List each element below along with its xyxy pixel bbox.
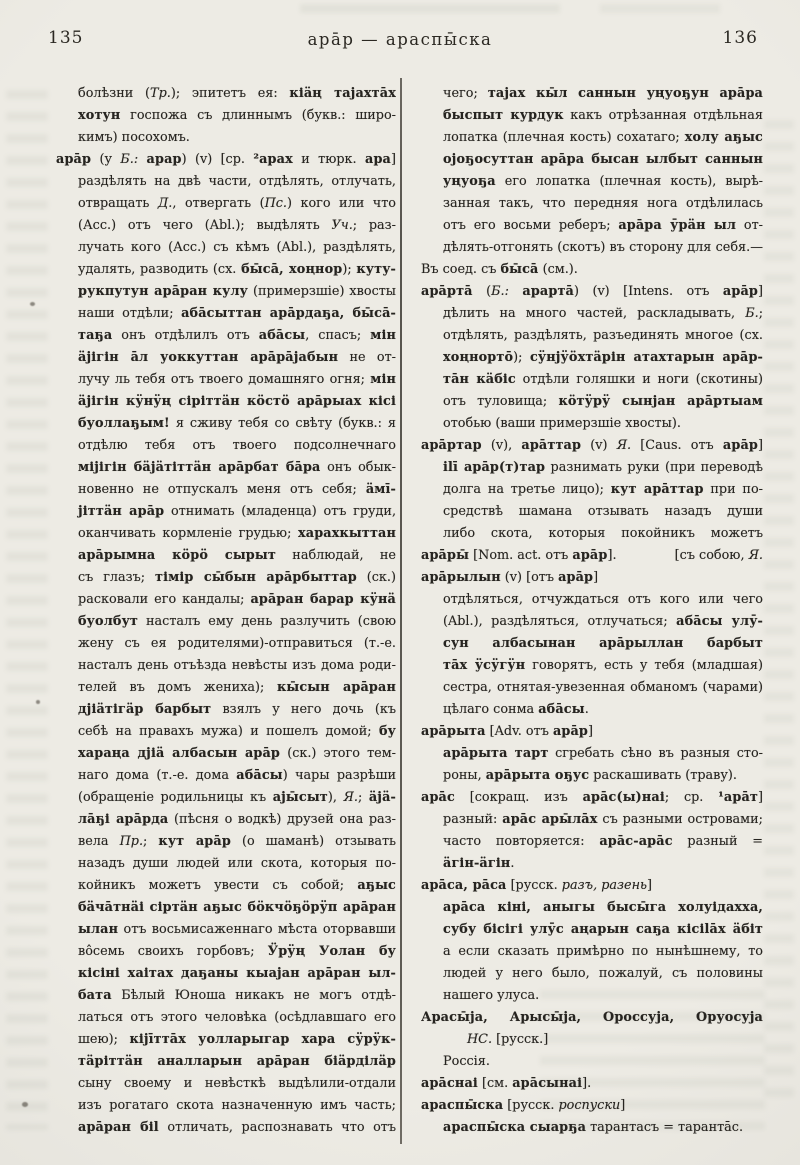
- text-line: чего; таjах кы̄л саннын уңуоҕун арāра: [421, 83, 763, 105]
- ink-speck: [22, 1102, 28, 1107]
- text-line: изъ рогатаго скота назначенную имъ часть…: [56, 1095, 396, 1117]
- text-line: отдѣляться, отчуждаться отъ кого или чег…: [421, 589, 763, 611]
- entry-headword-line: араспы̄ска [русск. роспуски]: [421, 1095, 763, 1117]
- text-line: раздѣлять на двѣ части, отдѣлять, отлуча…: [56, 171, 396, 193]
- text-line: занная такъ, что передняя нога отдѣлилас…: [421, 193, 763, 215]
- text-line: буолбут насталъ ему день разлучить (свою: [56, 611, 396, 633]
- text-line: телей въ домъ жениха); кы̄сын арāран: [56, 677, 396, 699]
- text-line: сестра, отнятая-увезенная обманомъ (чара…: [421, 677, 763, 699]
- runover-fragment: [съ собою, Я.: [675, 545, 763, 567]
- entry-headword-line: арāры̄ [Nom. act. отъ арāр].[съ собою, Я…: [421, 545, 763, 567]
- entry-headword-line: арāснаі [см. арāсынаі].: [421, 1073, 763, 1095]
- text-line: назадъ души людей или скота, которыя по-: [56, 853, 396, 875]
- text-line: тāн кäбіс отдѣли голяшки и ноги (скотины…: [421, 369, 763, 391]
- text-line: быспыт курдук какъ отрѣзанная отдѣльная: [421, 105, 763, 127]
- text-line: Россія.: [421, 1051, 763, 1073]
- text-line: людей у него было, пожалуй, съ половины: [421, 963, 763, 985]
- text-line: тäріттäн аналларын арāран біäрділäр: [56, 1051, 396, 1073]
- text-line: міjігін бäjäтіттäн арāрбат бāра онъ обык…: [56, 457, 396, 479]
- text-line: новенно не отпускалъ меня отъ себя; äмī-: [56, 479, 396, 501]
- text-line: буоллаҕым! я сживу тебя со свѣту (букв.:…: [56, 413, 396, 435]
- entry-headword-line: арāртā (Б.: арартā) (v) [Intens. отъ арā…: [421, 281, 763, 303]
- text-line: арāран біl отличать, распознавать что от…: [56, 1117, 396, 1139]
- text-line: а если сказать примѣрно по нынѣшнему, то: [421, 941, 763, 963]
- text-line: jіттäн арāр отнимать (младенца) отъ груд…: [56, 501, 396, 523]
- text-line: наго дома (т.-е. дома абāсы) чары разрѣш…: [56, 765, 396, 787]
- text-line: äjігін āл уоккуттан арāрājабын не от-: [56, 347, 396, 369]
- entry-headword-line: арāртар (v), арāттар (v) Я. [Caus. отъ а…: [421, 435, 763, 457]
- text-line: дѣлять-отгонять (скотъ) въ сторону для с…: [421, 237, 763, 259]
- text-line: хараңа дjіä албасын арāр (ск.) этого тем…: [56, 743, 396, 765]
- text-line: äjігін кӱнӱң сіріттäн кöстö арāрыах кісі: [56, 391, 396, 413]
- text-line: сун албасынан арāрыллан барбыт балыс-: [421, 633, 763, 655]
- text-line: уңуоҕа его лопатка (плечная кость), вырѣ…: [421, 171, 763, 193]
- text-line: либо скота, которыя покойникъ можетъ уве…: [421, 523, 763, 545]
- text-line: бата Бѣлый Юноша никакъ не могъ отдѣ-: [56, 985, 396, 1007]
- bleedthrough-ghost: [300, 4, 560, 22]
- text-line: (обращеніе родильницы къ аjы̄сыт), Я.; ä…: [56, 787, 396, 809]
- text-line: отдѣлю тебя отъ твоего подсолнечнаго мѣс…: [56, 435, 396, 457]
- text-line: разный: арāс ары̄лāх съ разными островам…: [421, 809, 763, 831]
- text-line: дjіäтігäр барбыт взялъ у него дочь (къ: [56, 699, 396, 721]
- entry-headword-line: арāс [сокращ. изъ арāс(ы)наі; ср. ¹арāт]: [421, 787, 763, 809]
- text-line: съ глазъ; тімір сы̄бын арāрбыттар (ск.): [56, 567, 396, 589]
- entry-headword-line: арāса, рāса [русск. разъ, разень]: [421, 875, 763, 897]
- page-number-right: 136: [723, 28, 758, 48]
- text-line: отвращать Д., отвергать (Пс.) кого или ч…: [56, 193, 396, 215]
- text-line: лучать кого (Асс.) съ кѣмъ (Abl.), раздѣ…: [56, 237, 396, 259]
- text-line: часто повторяется: арāс-арāс разный =: [421, 831, 763, 853]
- text-line: вела Пр.; кут арāр (о шаманѣ) отзывать: [56, 831, 396, 853]
- dictionary-page: 135 арāр — араспы̄ска 136 болѣзни (Тр.);…: [0, 0, 800, 1165]
- text-line: кісіні хаітах даҕаны кыаjан арāран ыл-: [56, 963, 396, 985]
- text-line: нашего улуса.: [421, 985, 763, 1007]
- text-line: Въ соед. съ бы̄сā (см.).: [421, 259, 763, 281]
- text-line: арāрымна кöрö сырыт наблюдай, не спуская: [56, 545, 396, 567]
- column-divider-rule: [400, 78, 402, 1144]
- text-line: насталъ день отъѣзда невѣсты изъ дома ро…: [56, 655, 396, 677]
- text-line: во̂семь своихъ горбовъ; Ӱрӱң Уолан бу: [56, 941, 396, 963]
- entry-headword-line: арāрылын (v) [отъ арāр]: [421, 567, 763, 589]
- running-title: арāр — араспы̄ска: [0, 30, 800, 49]
- text-line: араспы̄ска сыарҕа тарантасъ = тарантāс.: [421, 1117, 763, 1139]
- text-line: удалять, разводить (сх. бы̄сā, хоңнор); …: [56, 259, 396, 281]
- entry-headword-line: арāрыта [Adv. отъ арāр]: [421, 721, 763, 743]
- text-line: (Асс.) отъ чего (Abl.); выдѣлять Уч.; ра…: [56, 215, 396, 237]
- text-line: лучу ль тебя отъ твоего домашняго огня; …: [56, 369, 396, 391]
- text-line: кимъ) посохомъ.: [56, 127, 396, 149]
- text-line: оканчивать кормленіе грудью; харахкыттан: [56, 523, 396, 545]
- text-line: хотун госпожа съ длиннымъ (букв.: широ-: [56, 105, 396, 127]
- text-line: (Abl.), раздѣляться, отлучаться; абāсы у…: [421, 611, 763, 633]
- text-line: жену съ ея родителями)-отправиться (т.-е…: [56, 633, 396, 655]
- entry-headword-line: Арасы̄jа, Арысы̄jа, Ороссуjа, Оруосуjа: [421, 1007, 763, 1029]
- text-line: отдѣлять, раздѣлять, разъединять многое …: [421, 325, 763, 347]
- text-line: дѣлить на много частей, раскладывать, Б.…: [421, 303, 763, 325]
- text-line: тāх ӱсӱгӱн говорятъ, есть у тебя (младша…: [421, 655, 763, 677]
- text-line: средствѣ шамана отзывать назадъ души люд…: [421, 501, 763, 523]
- text-line: лопатка (плечная кость) сохатаго; холу а…: [421, 127, 763, 149]
- bleedthrough-ghost: [6, 90, 48, 1130]
- text-line: оjоҕосуттан арāра бысан ылбыт саннын: [421, 149, 763, 171]
- text-line: ылан отъ восьмисаженнаго мѣста оторвавши: [56, 919, 396, 941]
- text-line: отъ его восьми реберъ; арāра ӯрäн ыл от-: [421, 215, 763, 237]
- text-line: äгін-äгін.: [421, 853, 763, 875]
- text-line: койникъ можетъ увести съ собой; аҕыс: [56, 875, 396, 897]
- text-line: шею); кіjīттāх уолларыгар хара сӱрӱк-: [56, 1029, 396, 1051]
- right-column: чего; таjах кы̄л саннын уңуоҕун арāрабыс…: [421, 83, 763, 1139]
- text-line: отъ туловища; кöтӱрӱ сынjан арāртыам: [421, 391, 763, 413]
- text-line: латься отъ этого человѣка (осѣдлавшаго е…: [56, 1007, 396, 1029]
- text-line: долга на третье лицо); кут арāттар при п…: [421, 479, 763, 501]
- text-line: рукпутун арāран кулу (примерзшіе) хвосты: [56, 281, 396, 303]
- text-line: отобью (ваши примерзшіе хвосты).: [421, 413, 763, 435]
- ink-speck: [36, 700, 40, 704]
- text-line: таҕа онъ отдѣлилъ отъ абāсы, спасъ; мін: [56, 325, 396, 347]
- text-line: себѣ на правахъ мужа) и пошелъ домой; бу: [56, 721, 396, 743]
- text-line: цѣлаго сонма абāсы.: [421, 699, 763, 721]
- entry-headword: арāры̄ [Nom. act. отъ арāр].: [421, 545, 617, 567]
- ink-speck: [30, 302, 35, 306]
- text-line: бäчāтнäі сіртäн аҕыс бöкчöҕöрӱп арāран: [56, 897, 396, 919]
- text-line: наши отдѣли; абāсыттан арāрдаҕа, бы̄сā-: [56, 303, 396, 325]
- text-line: НС. [русск.]: [421, 1029, 763, 1051]
- text-line: болѣзни (Тр.); эпитетъ ея: кіäң таjахтāх: [56, 83, 396, 105]
- text-line: арāрыта тарт сгребать сѣно въ разныя сто…: [421, 743, 763, 765]
- text-line: роны, арāрыта оҕус раскашивать (траву).: [421, 765, 763, 787]
- text-line: хоңнортō); сӱнjӱöхтäрін атахтарын арāр-: [421, 347, 763, 369]
- entry-headword-line: арāр (у Б.: арар) (v) [ср. ²арах и тюрк.…: [56, 149, 396, 171]
- left-column: болѣзни (Тр.); эпитетъ ея: кіäң таjахтāх…: [56, 83, 396, 1139]
- bleedthrough-ghost: [764, 120, 794, 1100]
- text-line: лāҕі арāрда (пѣсня о водкѣ) друзей она р…: [56, 809, 396, 831]
- text-line: расковали его кандалы; арāран барар кӱнä: [56, 589, 396, 611]
- text-line: арāса кіні, аныгы бысы̄га холуідахха,: [421, 897, 763, 919]
- text-line: ilī арāр(т)тар разнимать руки (при перев…: [421, 457, 763, 479]
- bleedthrough-ghost: [600, 4, 720, 18]
- text-line: субу бісігі улӯс аңарын саҕа кісіlāх äбі…: [421, 919, 763, 941]
- text-line: сыну своему и невѣсткѣ выдѣлили-отдали: [56, 1073, 396, 1095]
